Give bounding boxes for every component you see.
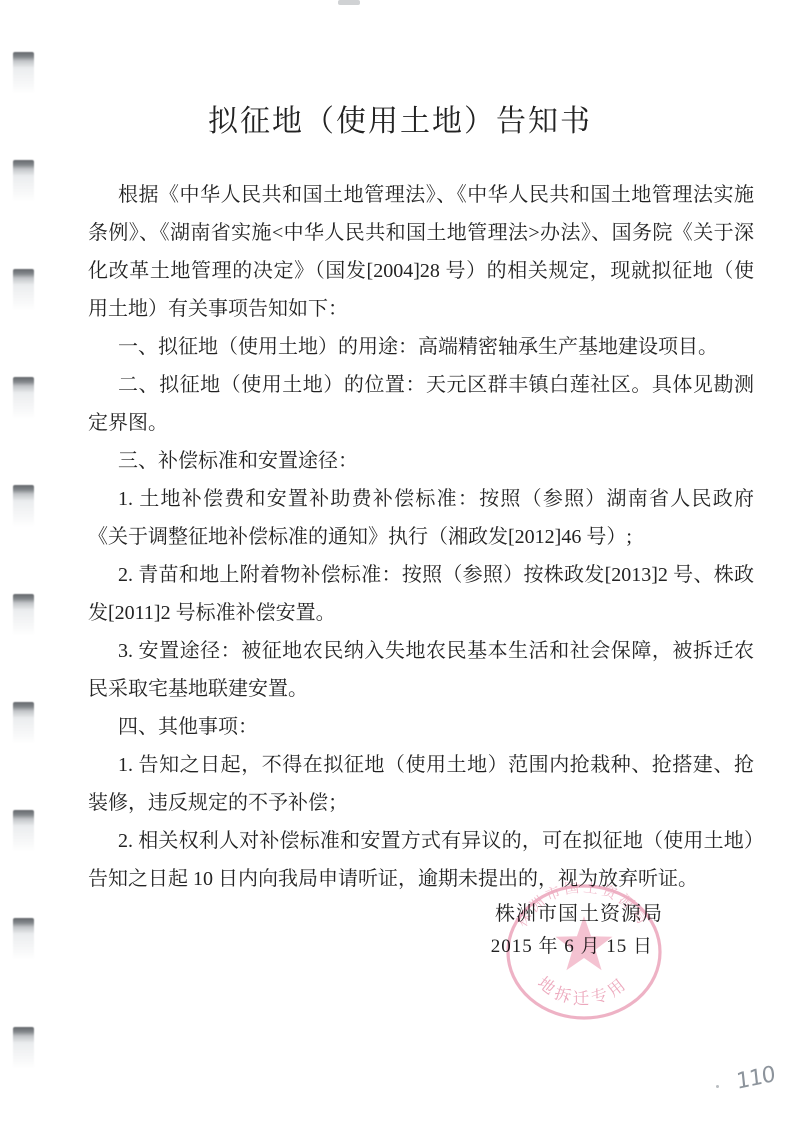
scan-smudge — [338, 0, 360, 5]
signature-date: 2015 年 6 月 15 日 — [491, 931, 653, 958]
paragraph: 三、补偿标准和安置途径： — [88, 442, 754, 480]
binding-hole-mark — [13, 1027, 34, 1071]
paragraph: 二、拟征地（使用土地）的位置：天元区群丰镇白莲社区。具体见勘测定界图。 — [88, 366, 754, 442]
signature-organization: 株洲市国土资源局 — [495, 897, 663, 926]
document-title: 拟征地（使用土地）告知书 — [0, 96, 800, 140]
paragraph: 四、其他事项： — [88, 708, 754, 746]
scan-speck — [716, 1085, 719, 1088]
paragraph: 根据《中华人民共和国土地管理法》、《中华人民共和国土地管理法实施条例》、《湖南省… — [88, 176, 754, 328]
binding-hole-mark — [13, 160, 34, 204]
binding-hole-mark — [13, 810, 34, 854]
binding-hole-mark — [13, 52, 34, 96]
binding-hole-mark — [13, 918, 34, 962]
paragraph: 3. 安置途径：被征地农民纳入失地农民基本生活和社会保障，被拆迁农民采取宅基地联… — [88, 632, 754, 708]
binding-hole-mark — [13, 702, 34, 746]
paragraph: 1. 土地补偿费和安置补助费补偿标准：按照（参照）湖南省人民政府《关于调整征地补… — [88, 480, 754, 556]
binding-hole-mark — [13, 485, 34, 529]
scanned-document-page: 拟征地（使用土地）告知书 根据《中华人民共和国土地管理法》、《中华人民共和国土地… — [0, 0, 800, 1128]
binding-hole-mark — [13, 594, 34, 638]
paragraph: 2. 相关权利人对补偿标准和安置方式有异议的，可在拟征地（使用土地）告知之日起 … — [88, 822, 754, 898]
document-body: 根据《中华人民共和国土地管理法》、《中华人民共和国土地管理法实施条例》、《湖南省… — [88, 176, 754, 898]
paragraph: 1. 告知之日起，不得在拟征地（使用土地）范围内抢栽种、抢搭建、抢装修，违反规定… — [88, 746, 754, 822]
paragraph: 2. 青苗和地上附着物补偿标准：按照（参照）按株政发[2013]2 号、株政发[… — [88, 556, 754, 632]
handwritten-page-number: 110 — [735, 1062, 776, 1095]
binding-hole-mark — [13, 377, 34, 421]
paragraph: 一、拟征地（使用土地）的用途：高端精密轴承生产基地建设项目。 — [88, 328, 754, 366]
binding-hole-mark — [13, 269, 34, 313]
